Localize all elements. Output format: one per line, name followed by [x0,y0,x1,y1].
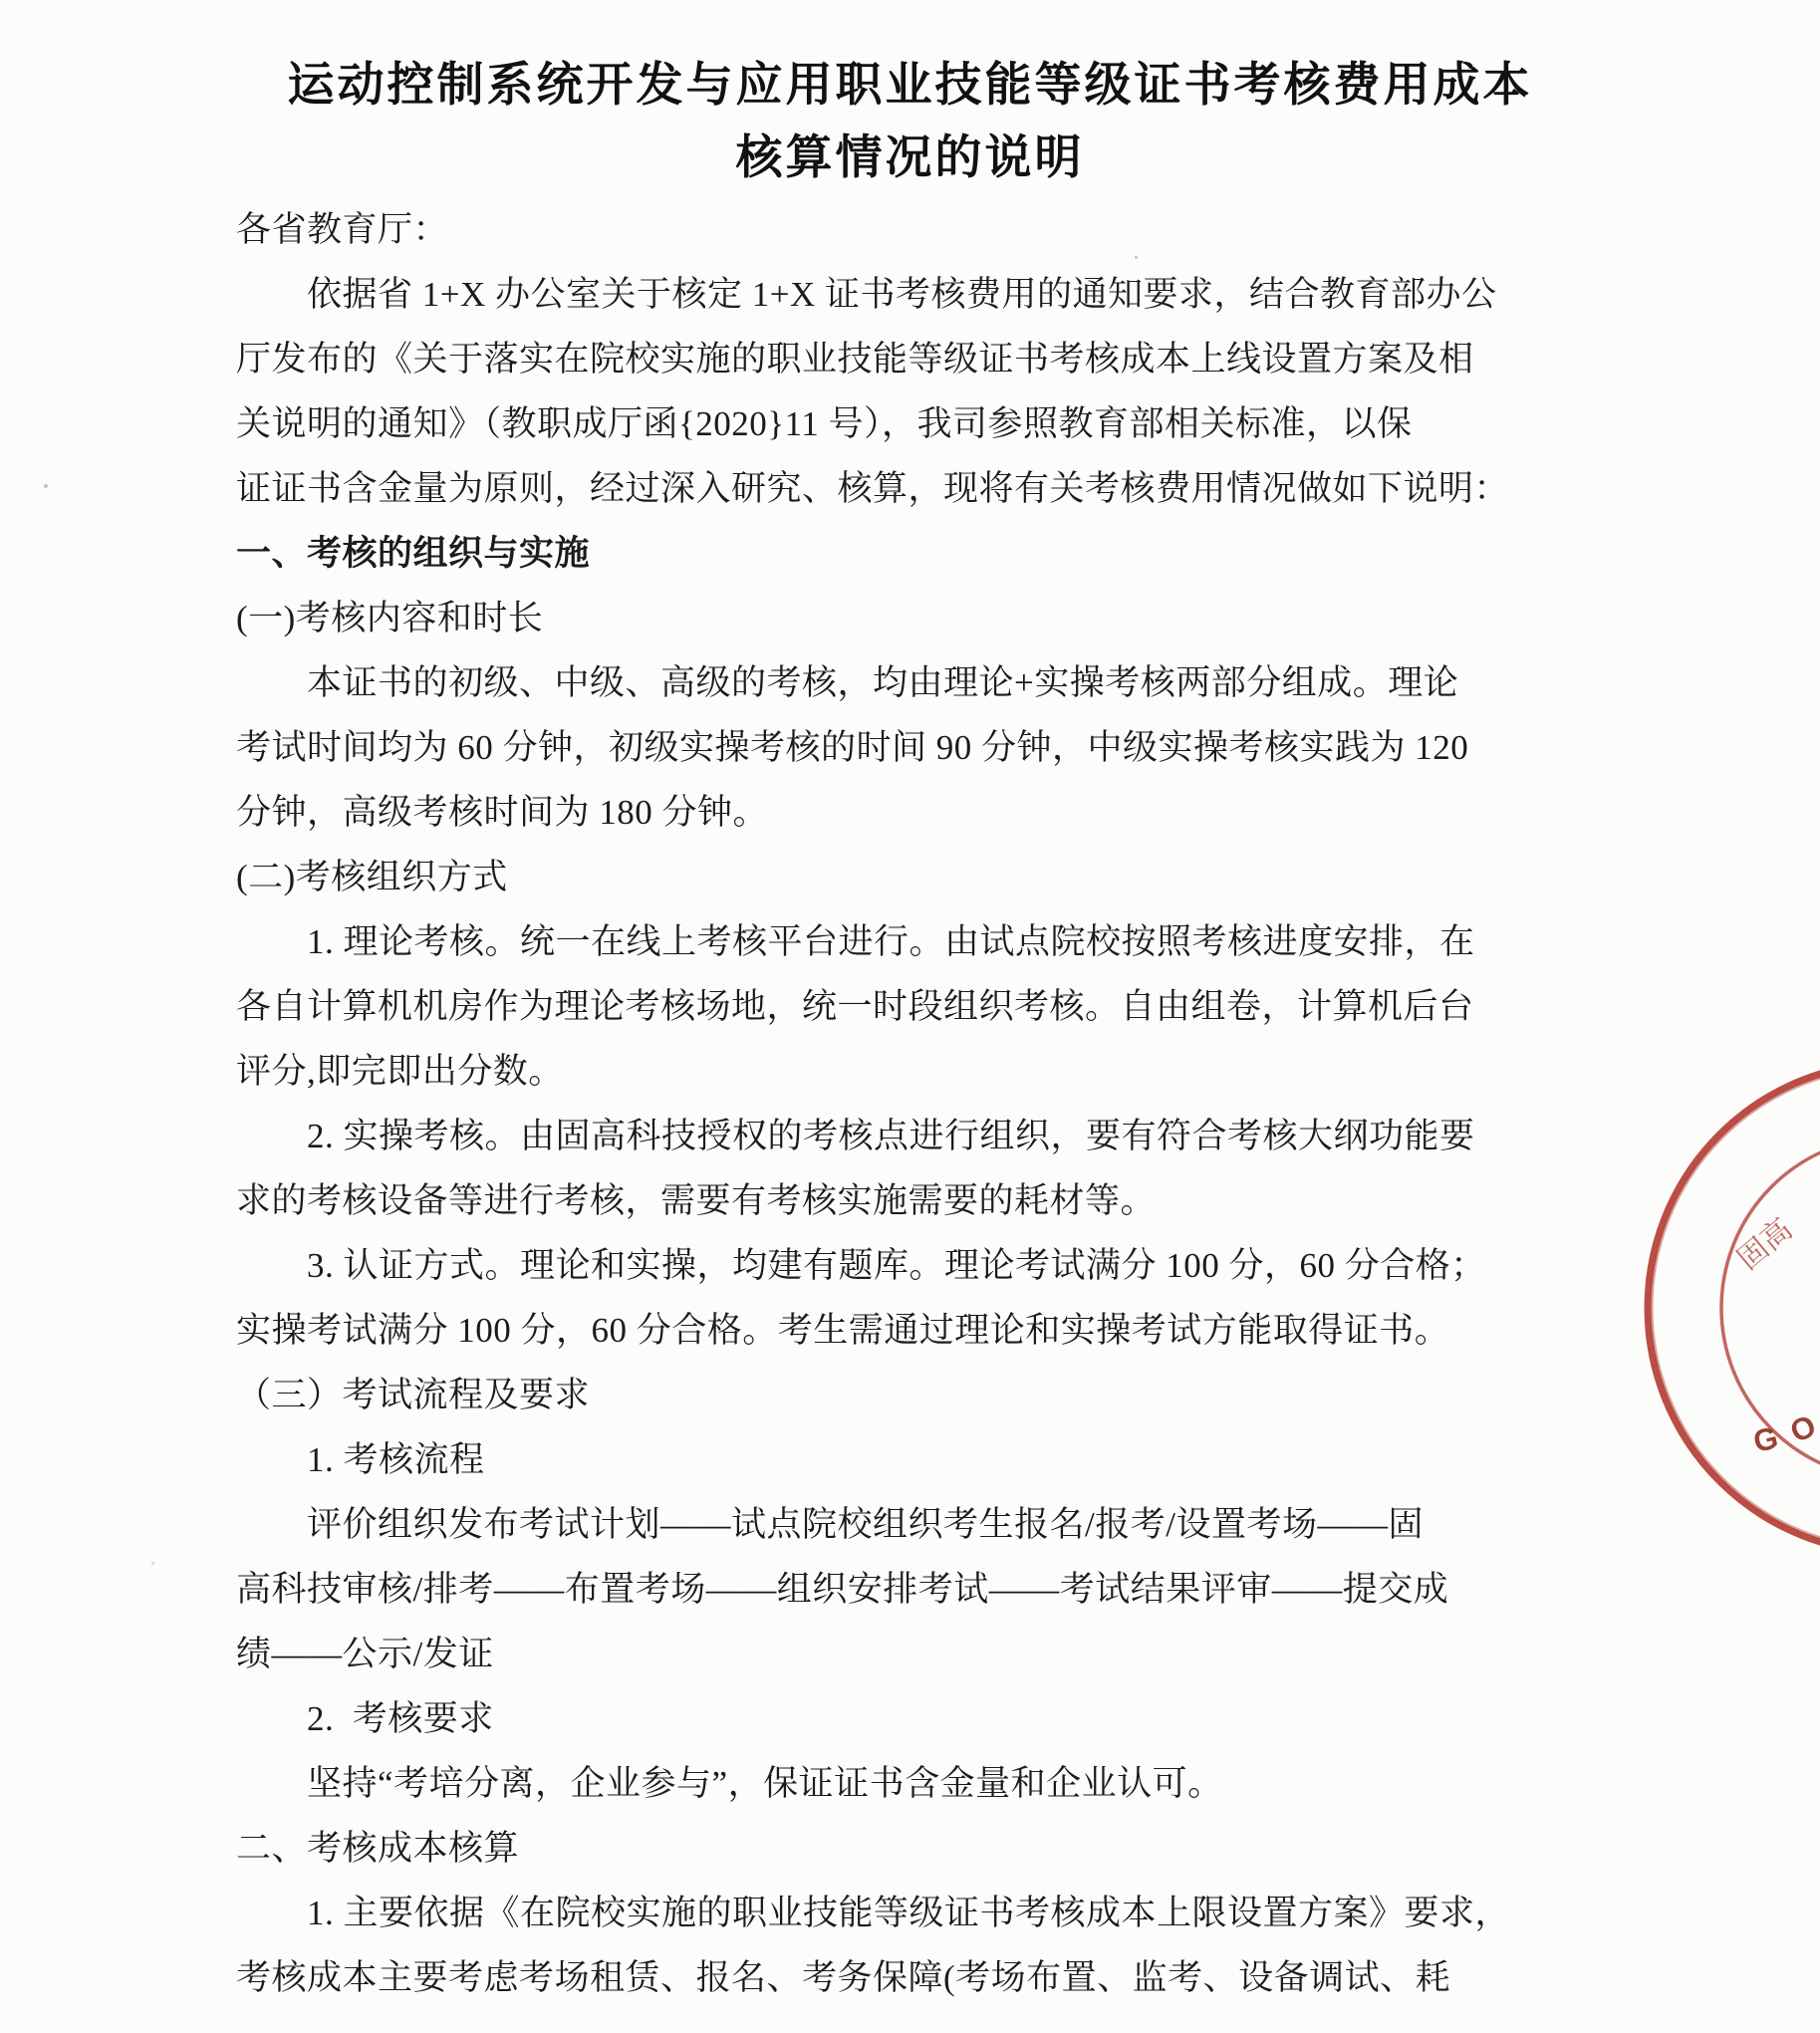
document-title: 运动控制系统开发与应用职业技能等级证书考核费用成本 核算情况的说明 [0,0,1820,195]
document-body: 各省教育厅：依据省 1+X 办公室关于核定 1+X 证书考核费用的通知要求，结合… [236,197,1589,2010]
text-line: 1. 理论考核。统一在线上考核平台进行。由试点院校按照考核进度安排，在 [236,909,1589,974]
text-line: (二)考核组织方式 [236,845,1589,909]
text-line: 1. 考核流程 [236,1427,1589,1492]
text-line: 坚持“考培分离，企业参与”，保证证书含金量和企业认可。 [236,1751,1589,1816]
text-line: 证证书含金量为原则，经过深入研究、核算，现将有关考核费用情况做如下说明： [236,456,1589,521]
text-line: 考核成本主要考虑考场租赁、报名、考务保障(考场布置、监考、设备调试、耗 [236,1945,1589,2010]
text-line: 二、考核成本核算 [236,1816,1589,1881]
stamp-arc-text: GOOGOL TEC [1750,1165,1820,1459]
text-line: 2. 考核要求 [236,1686,1589,1751]
text-line: 考试时间均为 60 分钟，初级实操考核的时间 90 分钟，中级实操考核实践为 1… [236,715,1589,780]
text-line: 1. 主要依据《在院校实施的职业技能等级证书考核成本上限设置方案》要求， [236,1881,1589,1945]
scan-speck [151,1562,154,1565]
document-page: 运动控制系统开发与应用职业技能等级证书考核费用成本 核算情况的说明 各省教育厅：… [0,0,1820,2033]
text-line: 实操考试满分 100 分，60 分合格。考生需通过理论和实操考试方能取得证书。 [236,1298,1589,1363]
text-line: 依据省 1+X 办公室关于核定 1+X 证书考核费用的通知要求，结合教育部办公 [236,262,1589,327]
text-line: 求的考核设备等进行考核，需要有考核实施需要的耗材等。 [236,1168,1589,1233]
scan-speck [44,484,48,488]
text-line: 高科技审核/排考——布置考场——组织安排考试——考试结果评审——提交成 [236,1557,1589,1622]
text-line: 绩——公示/发证 [236,1622,1589,1686]
text-line: 评分,即完即出分数。 [236,1039,1589,1104]
document-title-line-2: 核算情况的说明 [0,123,1820,195]
scan-speck [1135,256,1138,259]
text-line: 评价组织发布考试计划——试点院校组织考生报名/报考/设置考场——固 [236,1492,1589,1557]
text-line: 本证书的初级、中级、高级的考核，均由理论+实操考核两部分组成。理论 [236,650,1589,715]
text-line: 各省教育厅： [236,197,1589,262]
stamp-graphic: GOOGOL TEC 固高 [1591,1114,1820,1512]
text-line: 一、考核的组织与实施 [236,521,1589,586]
text-line: 关说明的通知》（教职成厅函{2020}11 号），我司参照教育部相关标准，以保 [236,391,1589,456]
stamp-rings [1648,1063,1820,1553]
text-line: 各自计算机机房作为理论考核场地，统一时段组织考核。自由组卷，计算机后台 [236,974,1589,1039]
text-line: (一)考核内容和时长 [236,586,1589,650]
document-title-line-1: 运动控制系统开发与应用职业技能等级证书考核费用成本 [0,50,1820,123]
text-line: 3. 认证方式。理论和实操，均建有题库。理论考试满分 100 分，60 分合格； [236,1233,1589,1298]
text-line: （三）考试流程及要求 [236,1363,1589,1427]
text-line: 分钟，高级考核时间为 180 分钟。 [236,780,1589,845]
text-line: 厅发布的《关于落实在院校实施的职业技能等级证书考核成本上线设置方案及相 [236,327,1589,391]
company-stamp: GOOGOL TEC 固高 [1591,1114,1820,1512]
stamp-inner-text: 固高 [1731,1213,1798,1277]
text-line: 2. 实操考核。由固高科技授权的考核点进行组织，要有符合考核大纲功能要 [236,1104,1589,1168]
